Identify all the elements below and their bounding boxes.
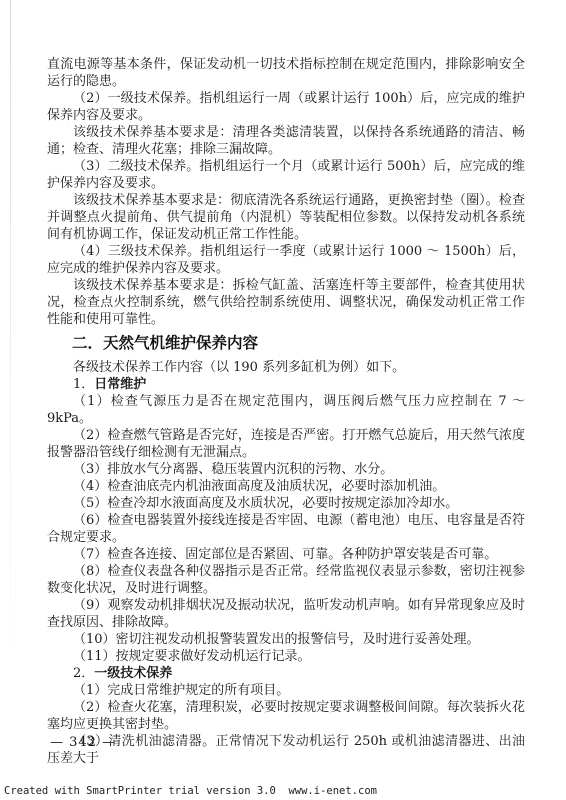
scan-edge-line [10,0,11,705]
paragraph: 各级技术保养工作内容（以 190 系列多缸机为例）如下。 [47,359,525,376]
sub-heading-label: 日常维护 [94,377,146,392]
paragraph: （1）检查气源压力是否在规定范围内，调压阀后燃气压力应控制在 7 ～ 9kPa。 [47,393,525,427]
page-number: — 342 — [50,735,116,750]
paragraph: （2）检查火花塞，清理积炭，必要时按规定要求调整极间间隙。每次装拆火花塞均应更换… [47,699,525,733]
paragraph: （2）一级技术保养。指机组运行一周（或累计运行 100h）后，应完成的维护保养内… [47,90,525,124]
paragraph: （6）检查电器装置外接线连接是否牢固、电源（蓄电池）电压、电容量是否符合规定要求… [47,512,525,546]
paragraph: （8）检查仪表盘各种仪器指示是否正常。经常监视仪表显示参数，密切注视参数变化状况… [47,563,525,597]
paragraph: （10）密切注视发动机报警装置发出的报警信号，及时进行妥善处理。 [47,631,525,648]
paragraph: （7）检查各连接、固定部位是否紧固、可靠。各种防护罩安装是否可靠。 [47,546,525,563]
sub-heading-label: 一级技术保养 [94,666,172,681]
paragraph: （4）检查油底壳内机油液面高度及油质状况，必要时添加机油。 [47,478,525,495]
sub-heading-number: 1． [73,377,94,392]
paragraph: （1）完成日常维护规定的所有项目。 [47,682,525,699]
smartprinter-watermark: Created with SmartPrinter trial version … [4,785,377,797]
paragraph: 该级技术保养基本要求是：清理各类滤清装置，以保持各系统通路的清洁、畅通；检查、清… [47,124,525,158]
document-page: 直流电源等基本条件，保证发动机一切技术指标控制在规定范围内，排除影响安全运行的隐… [0,0,566,800]
content: 直流电源等基本条件，保证发动机一切技术指标控制在规定范围内，排除影响安全运行的隐… [47,56,525,767]
paragraph: （2）检查燃气管路是否完好，连接是否严密。打开燃气总旋后，用天然气浓度报警器沿管… [47,427,525,461]
paragraph: （11）按规定要求做好发动机运行记录。 [47,648,525,665]
paragraph: （5）检查冷却水液面高度及水质状况，必要时按规定添加冷却水。 [47,495,525,512]
paragraph: 直流电源等基本条件，保证发动机一切技术指标控制在规定范围内，排除影响安全运行的隐… [47,56,525,90]
paragraph: （3）清洗机油滤清器。正常情况下发动机运行 250h 或机油滤清器进、出油压差大… [47,733,525,767]
paragraph: （4）三级技术保养。指机组运行一季度（或累计运行 1000 ～ 1500h）后，… [47,243,525,277]
paragraph: 该级技术保养基本要求是：拆检气缸盖、活塞连杆等主要部件，检查其使用状况，检查点火… [47,277,525,328]
sub-heading-number: 2． [73,666,94,681]
paragraph: （9）观察发动机排烟状况及振动状况，监听发动机声响。如有异常现象应及时查找原因、… [47,597,525,631]
sub-heading: 2．一级技术保养 [47,665,525,682]
paragraph: （3）排放水气分离器、稳压装置内沉积的污物、水分。 [47,461,525,478]
section-heading: 二．天然气机维护保养内容 [47,333,525,353]
paragraph: 该级技术保养基本要求是：彻底清洗各系统运行通路，更换密封垫（圈）。检查并调整点火… [47,192,525,243]
sub-heading: 1．日常维护 [47,376,525,393]
paragraph: （3）二级技术保养。指机组运行一个月（或累计运行 500h）后，应完成的维护保养… [47,158,525,192]
